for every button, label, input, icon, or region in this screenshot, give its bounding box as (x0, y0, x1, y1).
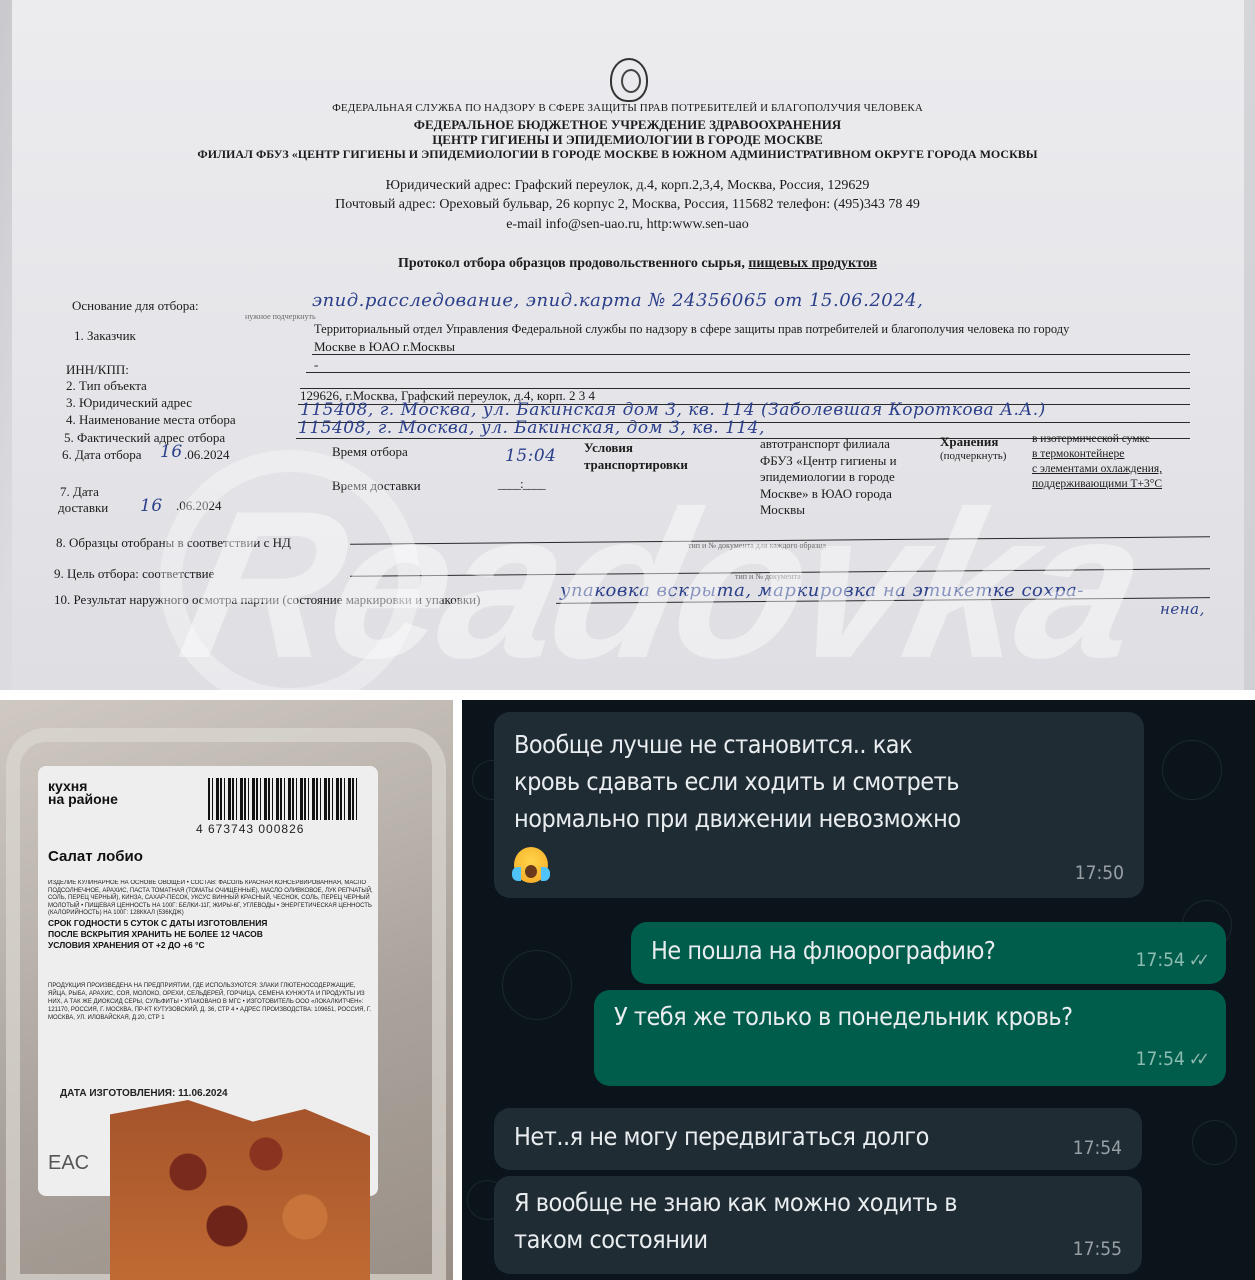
title-prefix: Протокол отбора образцов продовольственн… (398, 256, 748, 271)
message-time: 17:50 (1075, 855, 1124, 892)
place-name-label: 4. Наименование места отбора (66, 412, 236, 428)
basis-value: эпид.расследование, эпид.карта № 2435606… (312, 290, 923, 311)
message-incoming[interactable]: Нет..я не могу передвигаться долго 17:54 (494, 1108, 1142, 1170)
message-time: 17:55 (1073, 1231, 1122, 1268)
message-outgoing[interactable]: Не пошла на флюорографию? 17:54✓✓ (631, 922, 1226, 984)
wallpaper-doodle (1192, 1120, 1237, 1165)
actual-addr-value: 115408, г. Москва, ул. Бакинская, дом 3,… (298, 418, 765, 438)
protocol-title: Протокол отбора образцов продовольственн… (10, 256, 1255, 272)
transport-line: ФБУЗ «Центр гигиены и (760, 453, 897, 470)
branch-line: ФИЛИАЛ ФБУЗ «ЦЕНТР ГИГИЕНЫ И ЭПИДЕМИОЛОГ… (0, 147, 1245, 162)
place-name-value: 115408, г. Москва, ул. Бакинская дом 3, … (300, 400, 1046, 420)
inn-label: ИНН/КПП: (66, 362, 129, 378)
barcode-number: 4 673743 000826 (196, 822, 304, 836)
wallpaper-doodle (502, 950, 572, 1020)
expiry-line: после вскрытия хранить не более 12 часов (48, 929, 378, 940)
nd-hint: тип и № документа для каждого образца (688, 541, 826, 550)
message-incoming[interactable]: Вообще лучше не становится.. как кровь с… (494, 712, 1144, 898)
basis-label: Основание для отбора: (72, 298, 199, 314)
message-outgoing[interactable]: У тебя же только в понедельник кровь? 17… (594, 990, 1226, 1086)
read-receipt-icon: ✓✓ (1189, 950, 1204, 971)
chat-screenshot: Вообще лучше не становится.. как кровь с… (462, 700, 1255, 1280)
message-time: 17:54 (1136, 949, 1185, 971)
customer-label: 1. Заказчик (74, 328, 136, 344)
sampling-protocol-photo: ФЕДЕРАЛЬНАЯ СЛУЖБА ПО НАДЗОРУ В СФЕРЕ ЗА… (0, 0, 1255, 690)
postal-address: Почтовый адрес: Ореховый бульвар, 26 кор… (0, 197, 1255, 213)
message-meta: 17:54✓✓ (1136, 1041, 1204, 1078)
delivery-date-label-1: 7. Дата (60, 484, 99, 500)
expiry-line: Срок годности 5 суток с даты изготовлени… (48, 918, 378, 929)
storage-option-selected: поддерживающими Т+3°С (1032, 477, 1162, 492)
transport-line: Москве» в ЮАО города (760, 486, 897, 503)
rule (306, 372, 1190, 373)
expiry-info: Срок годности 5 суток с даты изготовлени… (48, 918, 378, 951)
storage-label-1: Хранения (940, 434, 998, 450)
basis-hint: нужное подчеркнуть (245, 312, 316, 321)
title-underlined: пищевых продуктов (748, 256, 877, 271)
message-text: нормально при движении невозможно (514, 800, 961, 837)
delivery-date-label-2: доставки (58, 500, 108, 516)
torn-label-food-view (110, 1100, 370, 1280)
message-text: У тебя же только в понедельник кровь? (614, 998, 1073, 1035)
brand-line: на районе (48, 793, 168, 806)
storage-option-selected: в термоконтейнере (1032, 447, 1162, 462)
message-time: 17:54 (1136, 1048, 1185, 1070)
contacts: e-mail info@sen-uao.ru, http:www.sen-uao (0, 217, 1255, 233)
message-text: Не пошла на флюорографию? (651, 932, 995, 969)
rule (312, 354, 1190, 355)
read-receipt-icon: ✓✓ (1189, 1049, 1204, 1070)
customer-value-line1: Территориальный отдел Управления Федерал… (314, 322, 1069, 337)
barcode-icon (208, 778, 358, 820)
transport-value: автотранспорт филиала ФБУЗ «Центр гигиен… (760, 436, 897, 519)
storage-option-selected: с элементами охлаждения, (1032, 462, 1162, 477)
product-name: Салат лобио (48, 848, 143, 865)
sample-date-rest: .06.2024 (184, 447, 230, 463)
salad-package-photo: кухня на районе 4 673743 000826 Салат ло… (0, 700, 453, 1280)
actual-addr-label: 5. Фактический адрес отбора (64, 430, 225, 446)
message-text: Я вообще не знаю как можно ходить в (514, 1184, 957, 1221)
expiry-line: условия хранения от +2 до +6 °С (48, 940, 378, 951)
customer-value-line2: Москве в ЮАО г.Москвы (314, 339, 455, 355)
object-type-label: 2. Тип объекта (66, 378, 147, 394)
delivery-time-value: ____:____ (498, 476, 545, 492)
allergen-manufacturer-info: Продукция произведена на предприятии, гд… (48, 982, 373, 1040)
storage-option: в изотермической сумке (1032, 432, 1162, 447)
wallpaper-doodle (1162, 740, 1222, 800)
transport-label-1: Условия (584, 440, 633, 456)
legal-addr-label: 3. Юридический адрес (66, 395, 192, 411)
message-time: 17:54 (1073, 1130, 1122, 1167)
sample-date-label: 6. Дата отбора (62, 447, 142, 463)
manufacture-date: ДАТА ИЗГОТОВЛЕНИЯ: 11.06.2024 (60, 1088, 228, 1099)
message-text: Нет..я не могу передвигаться долго (514, 1118, 929, 1155)
loudly-crying-face-icon (514, 847, 548, 883)
transport-line: автотранспорт филиала (760, 436, 897, 453)
institution-line-1: ФЕДЕРАЛЬНОЕ БЮДЖЕТНОЕ УЧРЕЖДЕНИЕ ЗДРАВОО… (0, 117, 1255, 133)
storage-label-2: (подчеркнуть) (940, 450, 1006, 462)
message-text: кровь сдавать если ходить и смотреть (514, 763, 959, 800)
agency-line: ФЕДЕРАЛЬНАЯ СЛУЖБА ПО НАДЗОРУ В СФЕРЕ ЗА… (0, 102, 1255, 114)
message-incoming[interactable]: Я вообще не знаю как можно ходить в тако… (494, 1176, 1142, 1274)
storage-options: в изотермической сумке в термоконтейнере… (1032, 432, 1162, 492)
composition: Изделие кулинарное на основе овощей • Со… (48, 880, 378, 918)
message-text: таком состоянии (514, 1221, 708, 1258)
transport-label-2: транспортировки (584, 457, 688, 473)
sample-date-day: 16 (160, 442, 183, 462)
brand-logo: кухня на районе (48, 780, 168, 806)
inspection-value-line1: упаковка вскрыта, маркировка на этикетке… (560, 580, 1084, 601)
inn-value: - (314, 357, 318, 373)
legal-address: Юридический адрес: Графский переулок, д.… (0, 178, 1255, 194)
eac-mark-icon: EAC (48, 1152, 89, 1175)
institution-line-2: ЦЕНТР ГИГИЕНЫ И ЭПИДЕМИОЛОГИИ В ГОРОДЕ М… (0, 132, 1255, 148)
delivery-date-day: 16 (140, 496, 163, 516)
inspection-value-line2: нена, (1160, 600, 1205, 618)
rospotrebnadzor-emblem-icon (610, 58, 648, 102)
transport-line: эпидемиологии в городе (760, 469, 897, 486)
sample-time-label: Время отбора (332, 444, 408, 460)
sample-time-value: 15:04 (505, 446, 557, 466)
message-meta: 17:54✓✓ (1136, 942, 1204, 979)
transport-line: Москвы (760, 502, 897, 519)
message-text: Вообще лучше не становится.. как (514, 726, 912, 763)
